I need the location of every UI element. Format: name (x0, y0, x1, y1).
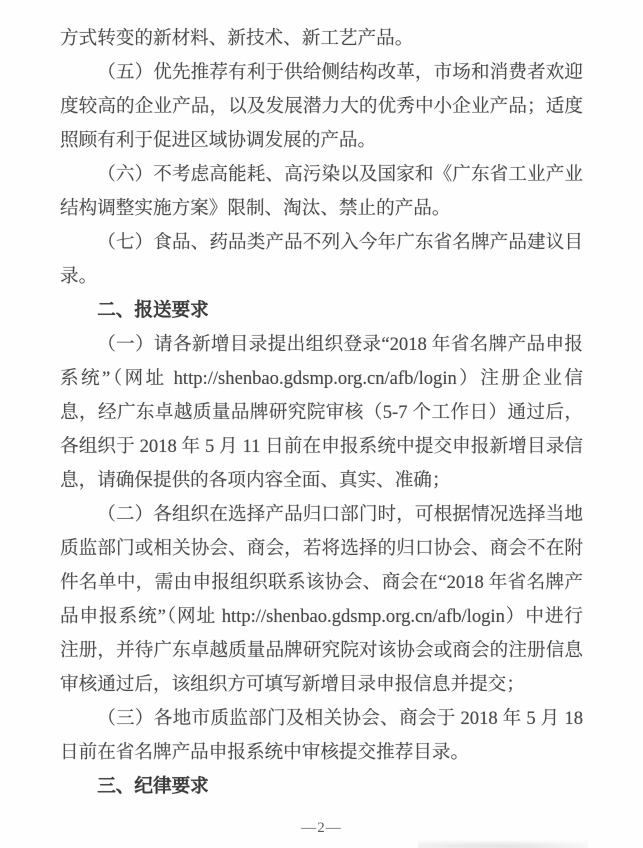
watermark-smudge (418, 838, 588, 848)
body-paragraph: （六）不考虑高能耗、高污染以及国家和《广东省工业产业结构调整实施方案》限制、淘汰… (60, 158, 583, 226)
section-heading: 二、报送要求 (60, 294, 583, 328)
body-paragraph: （五）优先推荐有利于供给侧结构改革，市场和消费者欢迎度较高的企业产品，以及发展潜… (60, 56, 583, 158)
text-column: 方式转变的新材料、新技术、新工艺产品。（五）优先推荐有利于供给侧结构改革，市场和… (60, 22, 583, 804)
body-paragraph: （二）各组织在选择产品归口部门时，可根据情况选择当地质监部门或相关协会、商会，若… (60, 498, 583, 702)
body-paragraph: 方式转变的新材料、新技术、新工艺产品。 (60, 22, 583, 56)
body-paragraph: （七）食品、药品类产品不列入今年广东省名牌产品建议目录。 (60, 226, 583, 294)
document-page: 方式转变的新材料、新技术、新工艺产品。（五）优先推荐有利于供给侧结构改革，市场和… (0, 0, 643, 848)
section-heading: 三、纪律要求 (60, 770, 583, 804)
body-paragraph: （一）请各新增目录提出组织登录“2018 年省名牌产品申报系统”（网址 http… (60, 328, 583, 498)
body-paragraph: （三）各地市质监部门及相关协会、商会于 2018 年 5 月 18 日前在省名牌… (60, 702, 583, 770)
page-number: —2— (60, 820, 583, 837)
